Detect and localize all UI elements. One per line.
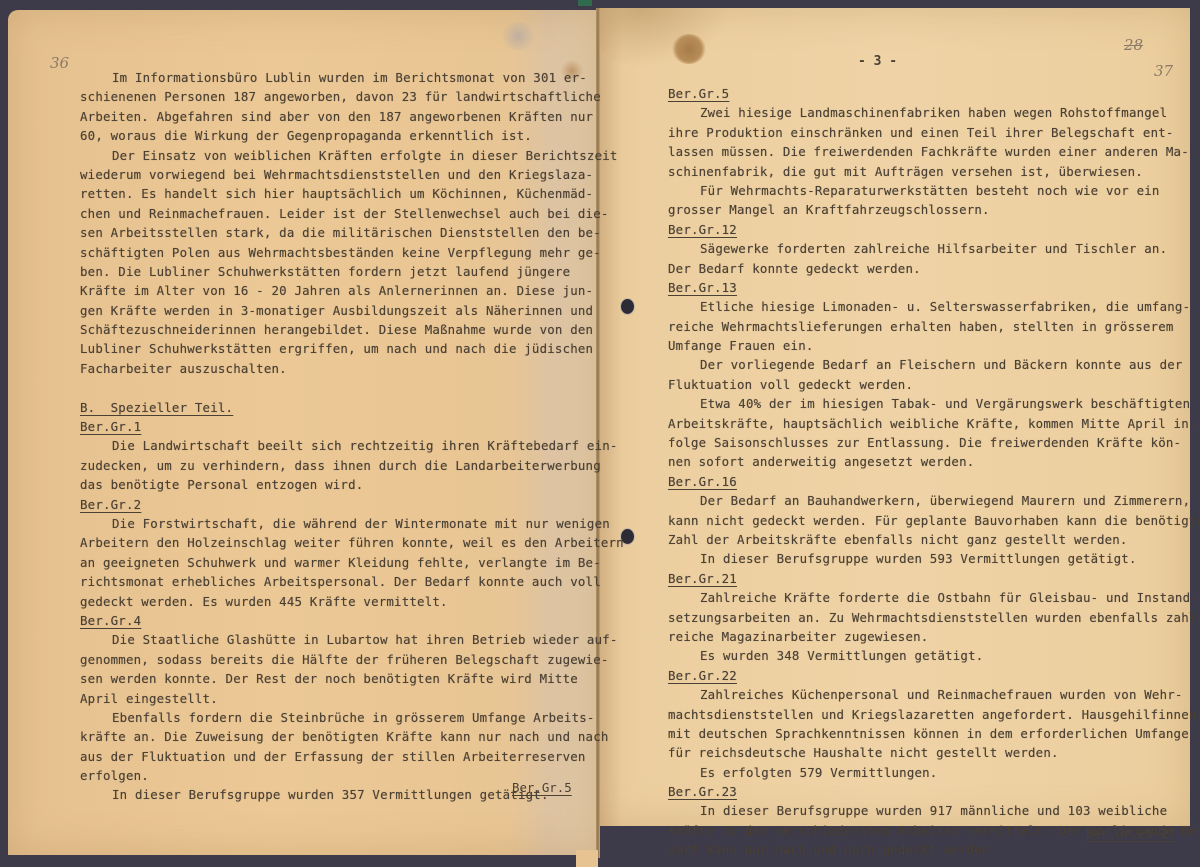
text-line: Arbeitern den Holzeinschlag weiter führe… — [80, 533, 624, 552]
text-line: grosser Mangel an Kraftfahrzeugschlosser… — [668, 200, 1200, 219]
text-line: Fluktuation voll gedeckt werden. — [668, 375, 1200, 394]
text-line: Es erfolgten 579 Vermittlungen. — [668, 763, 1200, 782]
text-line: gedeckt werden. Es wurden 445 Kräfte ver… — [80, 592, 624, 611]
section-heading: Ber.Gr.4 — [80, 613, 141, 628]
section-heading: Ber.Gr.1 — [80, 419, 141, 434]
text-line: für reichsdeutsche Haushalte nicht geste… — [668, 743, 1200, 762]
page-number: - 3 - — [858, 54, 897, 69]
water-stain — [498, 22, 538, 50]
section-heading: Ber.Gr.12 — [668, 222, 737, 237]
text-line: sen werden konnte. Der Rest der noch ben… — [80, 669, 624, 688]
section-heading: Ber.Gr.21 — [668, 571, 737, 586]
text-line: Ebenfalls fordern die Steinbrüche in grö… — [80, 708, 624, 727]
section-heading: Ber.Gr.13 — [668, 280, 737, 295]
text-line: genommen, sodass bereits die Hälfte der … — [80, 650, 624, 669]
text-line: folge Saisonschlusses zur Entlassung. Di… — [668, 433, 1200, 452]
section-heading: Ber.Gr.16 — [668, 474, 737, 489]
text-line: Für Wehrmachts-Reparaturwerkstätten best… — [668, 181, 1200, 200]
text-line: aus der Fluktuation und der Erfassung de… — [80, 747, 624, 766]
text-line: Der vorliegende Bedarf an Fleischern und… — [668, 355, 1200, 374]
text-line: gen Kräfte werden in 3-monatiger Ausbild… — [80, 301, 624, 320]
text-line: April eingestellt. — [80, 689, 624, 708]
text-line: Facharbeiter auszuschalten. — [80, 359, 624, 378]
text-line: Kräfte im Alter von 16 - 20 Jahren als A… — [80, 281, 624, 300]
text-line: chen und Reinmachefrauen. Leider ist der… — [80, 204, 624, 223]
folio-number-left: 36 — [50, 54, 69, 72]
text-line: wiederum vorwiegend bei Wehrmachtsdienst… — [80, 165, 624, 184]
section-heading: Ber.Gr.5 — [668, 86, 729, 101]
text-line: Arbeiten. Abgefahren sind aber von den 1… — [80, 107, 624, 126]
text-line: ihre Produktion einschränken und einen T… — [668, 123, 1200, 142]
text-line: Zahl der Arbeitskräfte ebenfalls nicht g… — [668, 530, 1200, 549]
text-line: kräfte an. Die Zuweisung der benötigten … — [80, 727, 624, 746]
text-line: Der Bedarf konnte gedeckt werden. — [668, 259, 1200, 278]
text-line: Zahlreiche Kräfte forderte die Ostbahn f… — [668, 588, 1200, 607]
text-line: machtsdienststellen und Kriegslazaretten… — [668, 705, 1200, 724]
text-line: reiche Wehrmachtslieferungen erhalten ha… — [668, 317, 1200, 336]
folio-number-right: 37 — [1154, 62, 1173, 80]
text-line: lassen müssen. Die freiwerdenden Fachkrä… — [668, 142, 1200, 161]
text-line: Sägewerke forderten zahlreiche Hilfsarbe… — [668, 239, 1200, 258]
text-line: schäftigten Polen aus Wehrmachtsbestände… — [80, 243, 624, 262]
page-edge-tab — [576, 850, 598, 867]
text-line: mit deutschen Sprachkenntnissen können i… — [668, 724, 1200, 743]
text-line: richtsmonat erhebliches Arbeitspersonal.… — [80, 572, 624, 591]
section-heading: Ber.Gr.22 — [668, 668, 737, 683]
text-line: Etwa 40% der im hiesigen Tabak- und Verg… — [668, 394, 1200, 413]
text-line: an geeigneten Schuhwerk und warmer Kleid… — [80, 553, 624, 572]
folio-number-struck: 28 — [1124, 36, 1143, 54]
text-line: Arbeitskräfte, hauptsächlich weibliche K… — [668, 414, 1200, 433]
text-line: Die Landwirtschaft beeilt sich rechtzeit… — [80, 436, 624, 455]
text-line: schienenen Personen 187 angeworben, davo… — [80, 87, 624, 106]
blank-line — [80, 378, 624, 397]
section-heading: B. Spezieller Teil. — [80, 400, 233, 415]
text-line: In dieser Berufsgruppe wurden 917 männli… — [668, 801, 1200, 820]
text-line: Es wurden 348 Vermittlungen getätigt. — [668, 646, 1200, 665]
text-line: nen sofort anderweitig angesetzt werden. — [668, 452, 1200, 471]
text-line: 60, woraus die Wirkung der Gegenpropagan… — [80, 126, 624, 145]
text-line: Im Informationsbüro Lublin wurden im Ber… — [80, 68, 624, 87]
text-line: retten. Es handelt sich hier hauptsächli… — [80, 184, 624, 203]
text-line: reiche Magazinarbeiter zugewiesen. — [668, 627, 1200, 646]
text-line: Die Staatliche Glashütte in Lubartow hat… — [80, 630, 624, 649]
left-page-text: Im Informationsbüro Lublin wurden im Ber… — [80, 68, 624, 805]
text-line: setzungsarbeiten an. Zu Wehrmachtsdienst… — [668, 608, 1200, 627]
text-line: Etliche hiesige Limonaden- u. Selterswas… — [668, 297, 1200, 316]
continuation-reference-left: Ber.Gr.5 — [512, 780, 572, 795]
section-heading: Ber.Gr.23 — [668, 784, 737, 799]
text-line: sen Arbeitsstellen stark, da die militär… — [80, 223, 624, 242]
text-line: ben. Die Lubliner Schuhwerkstätten forde… — [80, 262, 624, 281]
continuation-reference-right: Ber.Gr.25-27 — [1086, 826, 1176, 841]
text-line: kann nicht gedeckt werden. Für geplante … — [668, 511, 1200, 530]
text-line: Der Einsatz von weiblichen Kräften erfol… — [80, 146, 624, 165]
text-line: Der Bedarf an Bauhandwerkern, überwiegen… — [668, 491, 1200, 510]
binding-ribbon — [578, 0, 592, 6]
text-line: darf kann nur nach und nach gedeckt werd… — [668, 840, 1200, 859]
text-line: Umfange Frauen ein. — [668, 336, 1200, 355]
text-line: schinenfabrik, die gut mit Aufträgen ver… — [668, 162, 1200, 181]
text-line: Schäftezuschneiderinnen herangebildet. D… — [80, 320, 624, 339]
section-heading: Ber.Gr.2 — [80, 497, 141, 512]
text-line: Lubliner Schuhwerkstätten ergriffen, um … — [80, 339, 624, 358]
text-line: In dieser Berufsgruppe wurden 593 Vermit… — [668, 549, 1200, 568]
text-line: Zahlreiches Küchenpersonal und Reinmache… — [668, 685, 1200, 704]
text-line: Zwei hiesige Landmaschinenfabriken haben… — [668, 103, 1200, 122]
text-line: das benötigte Personal entzogen wird. — [80, 475, 624, 494]
right-page-text: Ber.Gr.5Zwei hiesige Landmaschinenfabrik… — [668, 84, 1200, 860]
text-line: zudecken, um zu verhindern, dass ihnen d… — [80, 456, 624, 475]
text-line: Die Forstwirtschaft, die während der Win… — [80, 514, 624, 533]
